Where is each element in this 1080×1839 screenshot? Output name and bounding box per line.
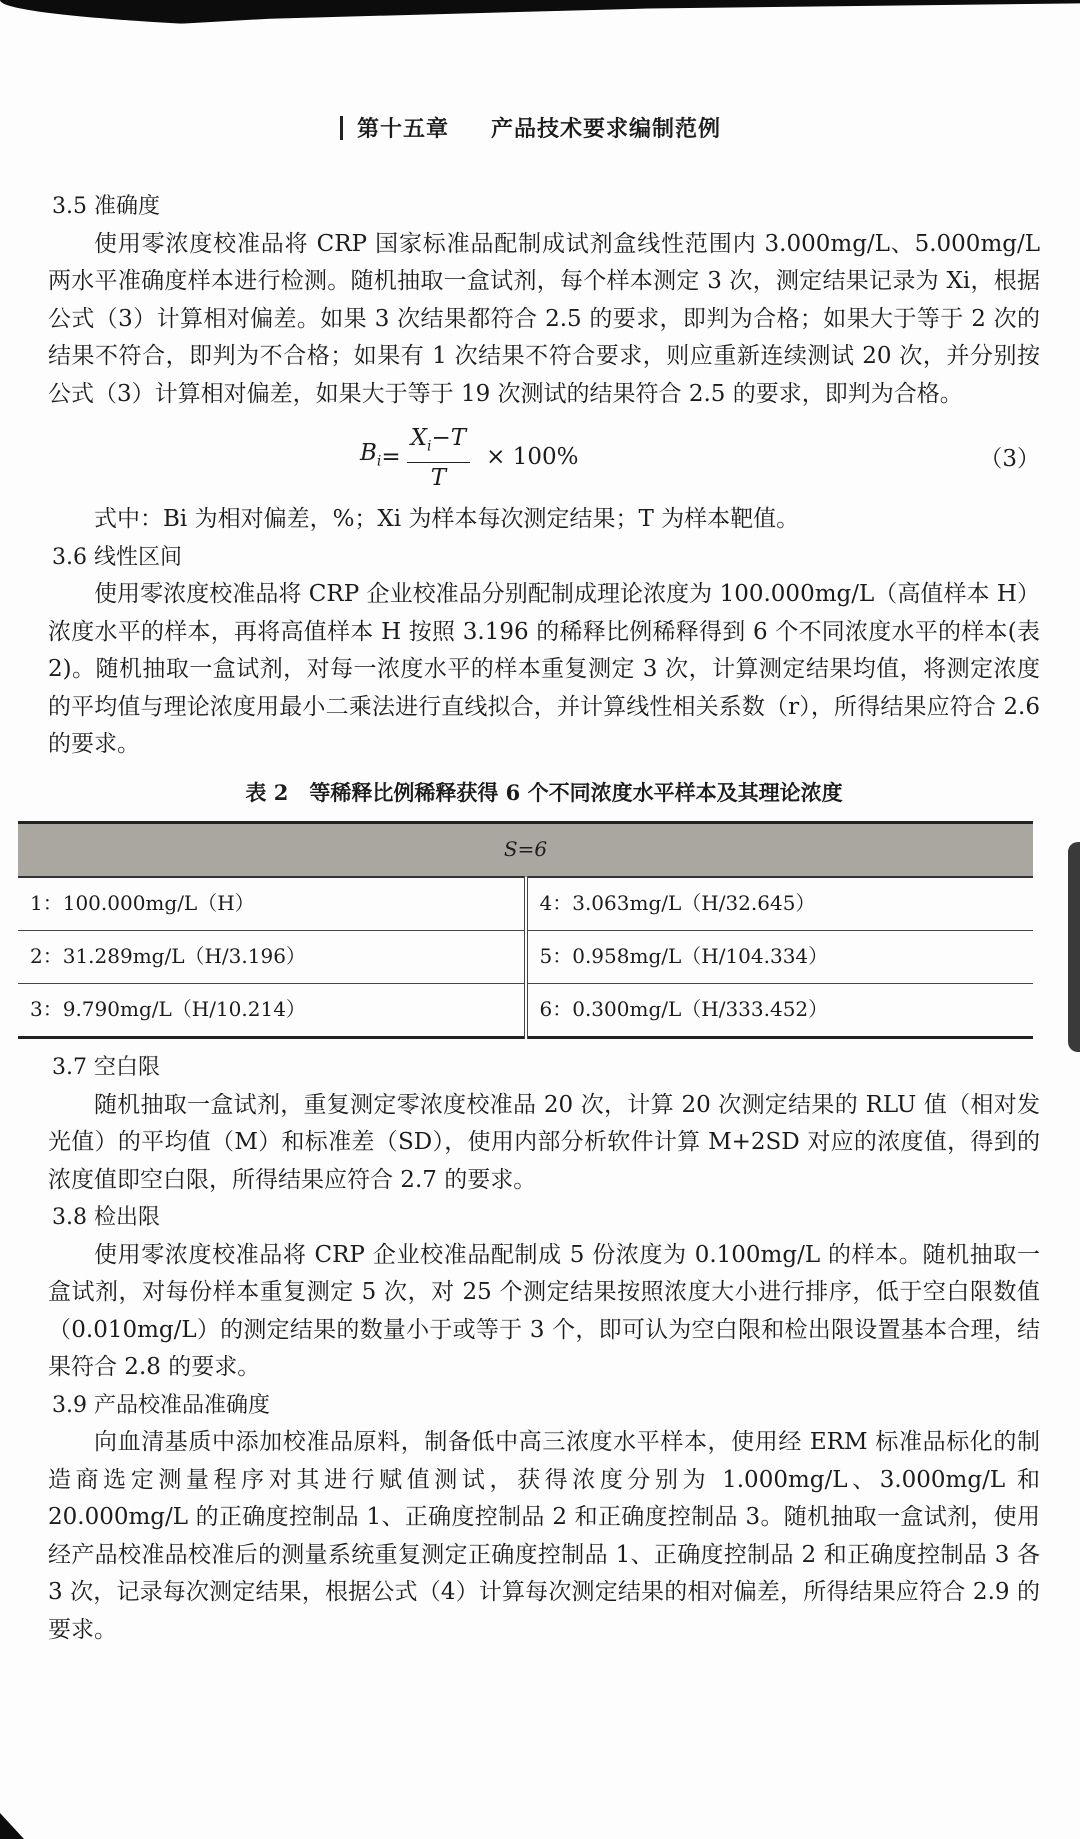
relative-bias-formula: Bi = Xi−T T × 100% [360,423,579,493]
formula-fraction: Xi−T T [407,423,470,493]
section-heading-3-9: 3.9 产品校准品准确度 [48,1387,1040,1425]
formula-3: Bi = Xi−T T × 100% （3） [48,419,1040,497]
formula-numerator: Xi−T [407,423,470,463]
page-corner-shadow [0,1813,24,1839]
section-heading-3-8: 3.8 检出限 [48,1199,1040,1237]
section-heading-3-6: 3.6 线性区间 [48,539,1040,577]
table-cell: 2：31.289mg/L（H/3.196） [18,931,526,984]
running-head: 第十五章 产品技术要求编制范例 [340,112,721,143]
page-edge-shadow [0,0,1080,34]
formula-lhs: Bi [360,435,381,481]
chapter-title: 产品技术要求编制范例 [491,112,721,143]
table-header: S=6 [18,823,1033,878]
table-cell: 1：100.000mg/L（H） [18,877,526,931]
paragraph-3-5: 使用零浓度校准品将 CRP 国家标准品配制成试剂盒线性范围内 3.000mg/L… [48,226,1040,414]
running-head-bar [340,116,343,140]
dilution-table: S=6 1：100.000mg/L（H） 4：3.063mg/L（H/32.64… [18,821,1033,1039]
paragraph-3-8: 使用零浓度校准品将 CRP 企业校准品配制成 5 份浓度为 0.100mg/L … [48,1237,1040,1387]
equation-number: （3） [979,441,1040,479]
table-row: 3：9.790mg/L（H/10.214） 6：0.300mg/L（H/333.… [18,984,1033,1038]
paragraph-3-9: 向血清基质中添加校准品原料，制备低中高三浓度水平样本，使用经 ERM 标准品标化… [48,1424,1040,1649]
paragraph-3-6: 使用零浓度校准品将 CRP 企业校准品分别配制成理论浓度为 100.000mg/… [48,576,1040,764]
paragraph-3-7: 随机抽取一盒试剂，重复测定零浓度校准品 20 次，计算 20 次测定结果的 RL… [48,1087,1040,1200]
table-cell: 4：3.063mg/L（H/32.645） [526,877,1034,931]
formula-legend: 式中：Bi 为相对偏差，%；Xi 为样本每次测定结果；T 为样本靶值。 [48,501,1040,539]
table-cell: 3：9.790mg/L（H/10.214） [18,984,526,1038]
formula-denominator: T [431,463,446,493]
table-row: 1：100.000mg/L（H） 4：3.063mg/L（H/32.645） [18,877,1033,931]
section-heading-3-7: 3.7 空白限 [48,1049,1040,1087]
table-2-title: 表 2 等稀释比例稀释获得 6 个不同浓度水平样本及其理论浓度 [48,774,1040,812]
section-heading-3-5: 3.5 准确度 [48,188,1040,226]
chapter-number: 第十五章 [357,112,449,143]
formula-multiplier: × 100% [486,439,578,477]
table-cell: 6：0.300mg/L（H/333.452） [526,984,1034,1038]
phone-edge [1068,842,1080,1052]
table-cell: 5：0.958mg/L（H/104.334） [526,931,1034,984]
table-row: 2：31.289mg/L（H/3.196） 5：0.958mg/L（H/104.… [18,931,1033,984]
page-body: 3.5 准确度 使用零浓度校准品将 CRP 国家标准品配制成试剂盒线性范围内 3… [48,188,1040,1649]
